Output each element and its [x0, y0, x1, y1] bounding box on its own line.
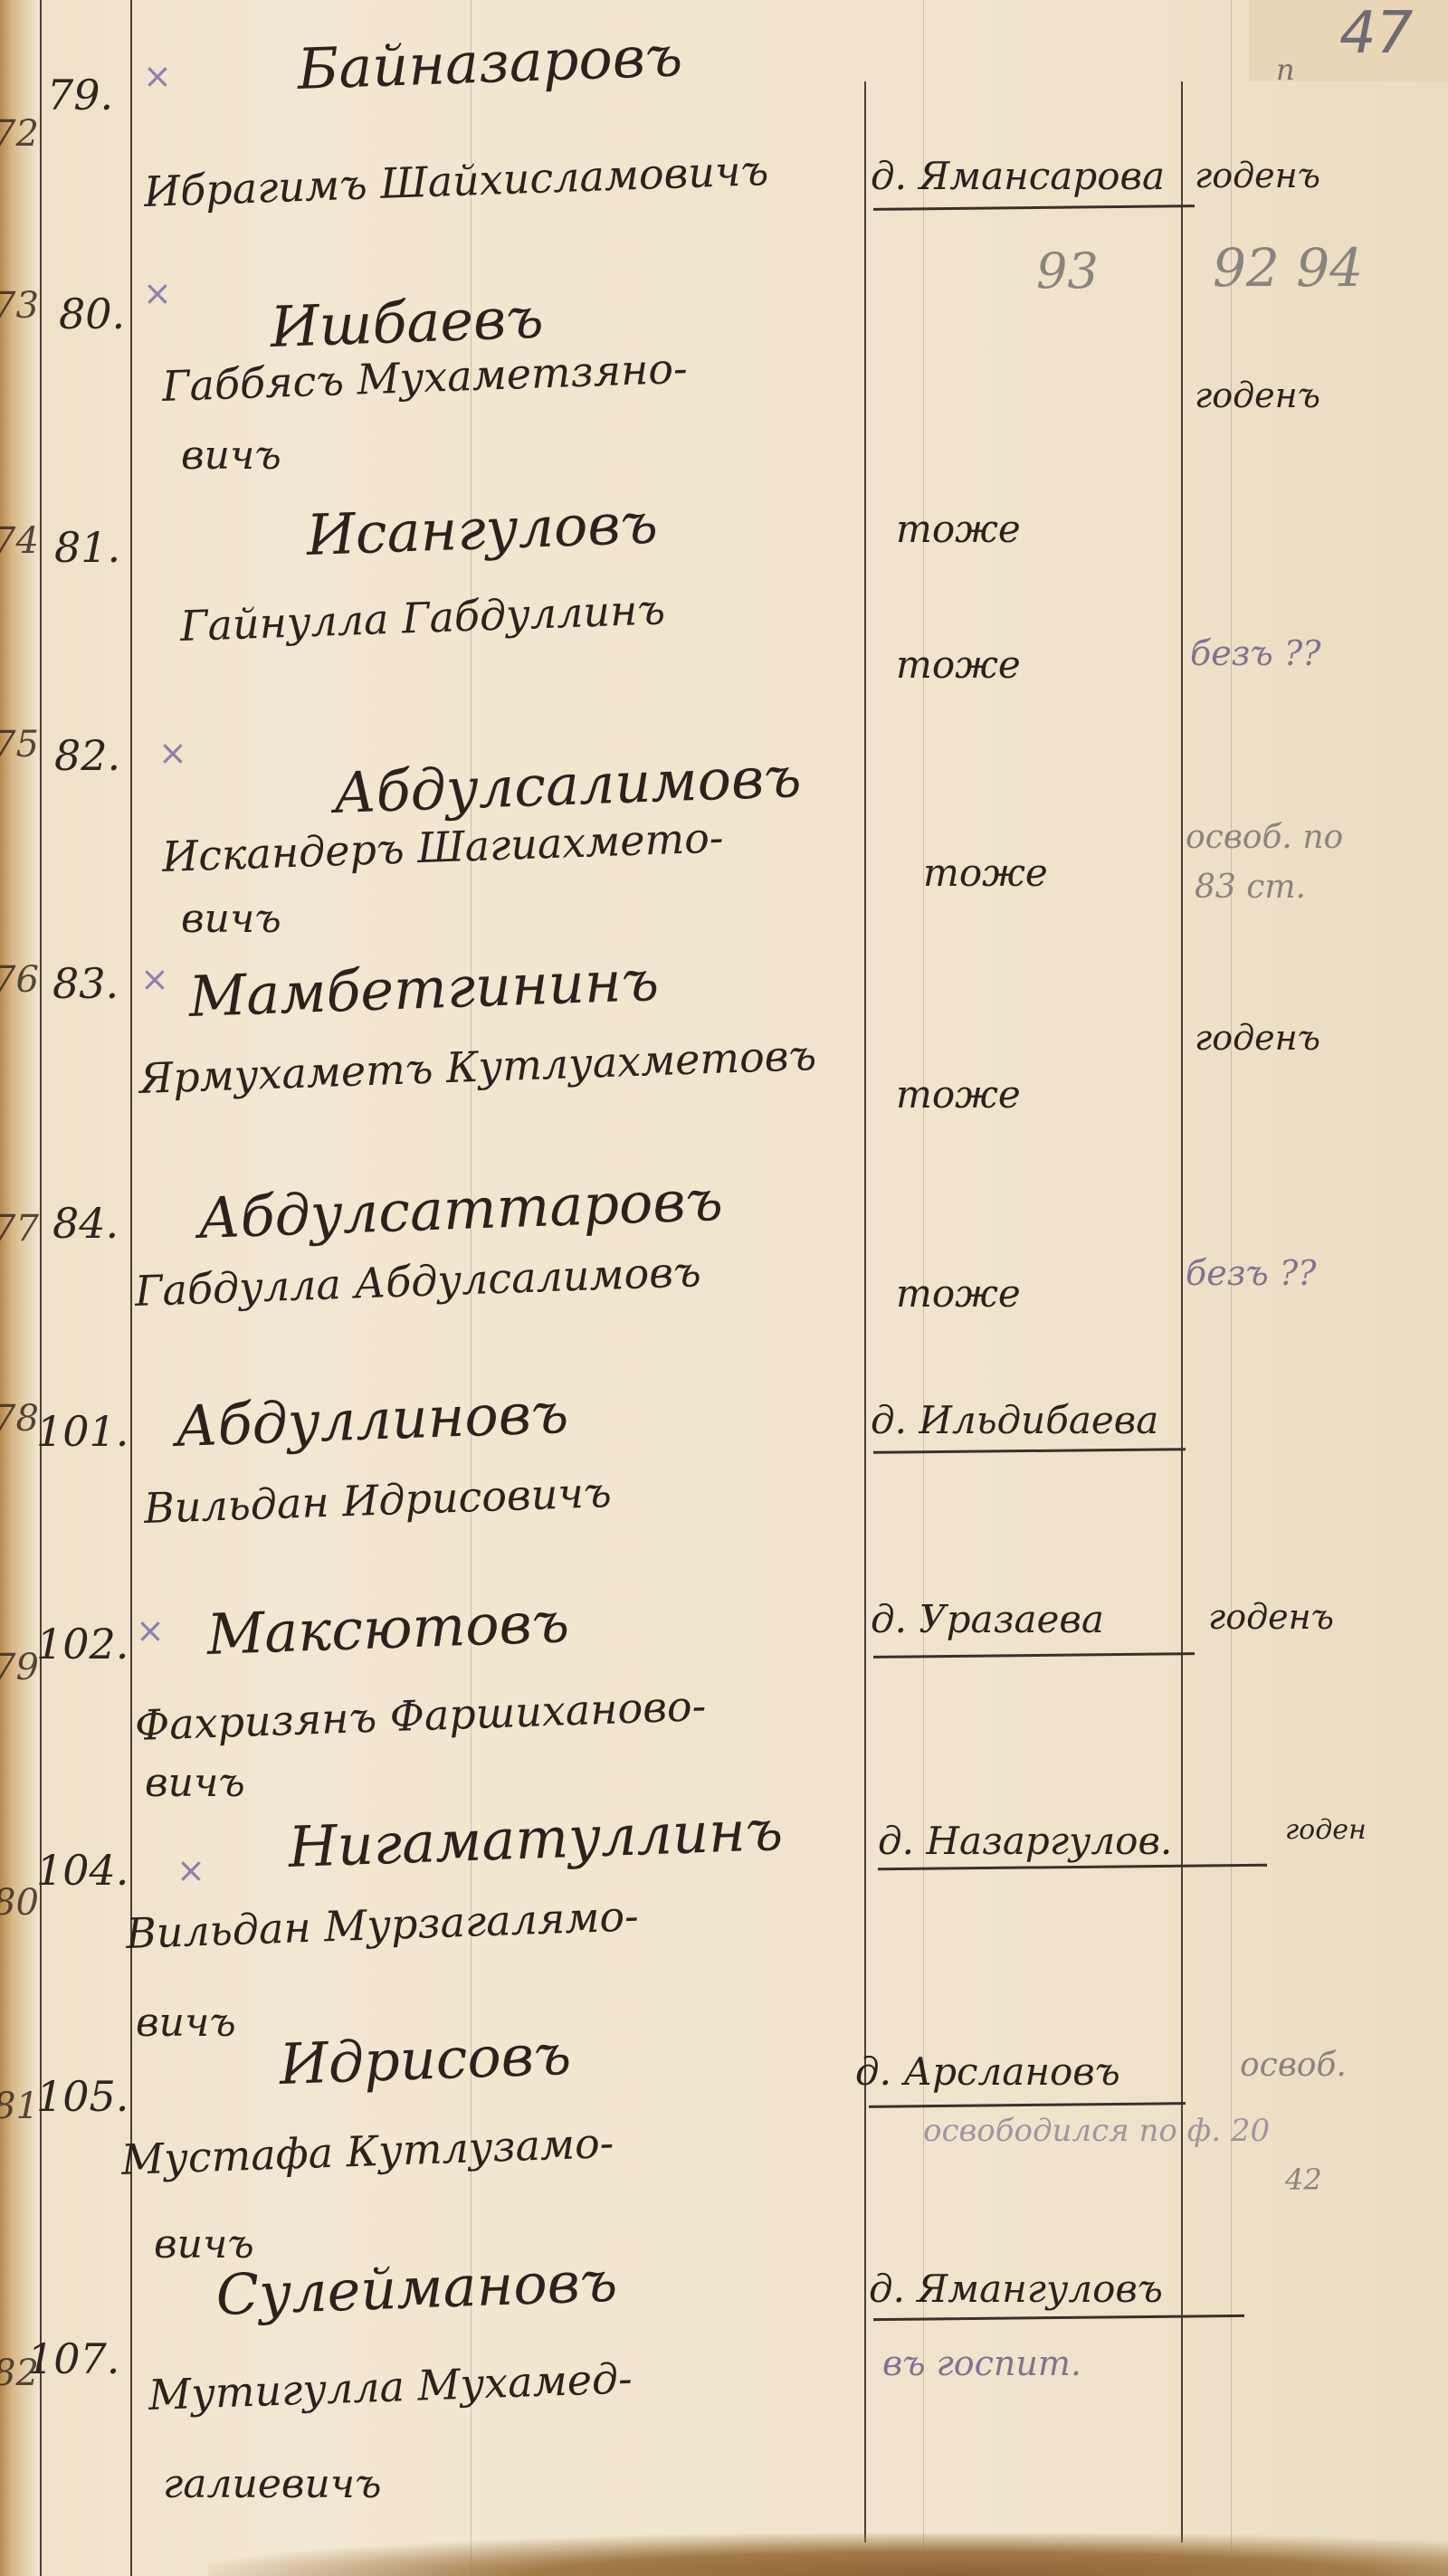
given-name-continued: вичъ	[145, 1760, 245, 1806]
village: д. Ильдибаева	[871, 1398, 1158, 1442]
pencil-note: 83 ст.	[1195, 869, 1306, 906]
check-mark-icon: ×	[176, 1850, 205, 1890]
surname: Абдулсаттаровъ	[196, 1167, 723, 1251]
given-name: Гайнулла Габдуллинъ	[179, 585, 666, 651]
margin-number: 81	[0, 2086, 39, 2127]
underline	[869, 2102, 1186, 2108]
margin-number: 73	[0, 285, 39, 327]
pencil-note: въ госпит.	[882, 2343, 1081, 2383]
given-name: Мустафа Кутлузамо-	[120, 2118, 614, 2184]
entry-number: 107.	[27, 2334, 119, 2383]
status: годенъ	[1195, 1018, 1320, 1058]
check-mark-icon: ×	[143, 273, 172, 313]
pencil-note: 92 94	[1213, 237, 1363, 299]
given-name: Искандеръ Шагиахмето-	[161, 813, 724, 881]
register-page: 47 п 72 73 74 75 76 77 78 79 80 81 82 79…	[0, 0, 1448, 2576]
column-rule-number	[130, 0, 132, 2576]
book-edge-shadow	[208, 2533, 1448, 2576]
surname: Максютовъ	[205, 1589, 570, 1668]
given-name-continued: галиевичъ	[163, 2461, 382, 2507]
margin-number: 72	[0, 113, 39, 155]
surname: Абдуллиновъ	[174, 1380, 569, 1459]
given-name: Вильдан Мурзагалямо-	[125, 1891, 639, 1958]
given-name-continued: вичъ	[181, 896, 281, 942]
page-number-prefix: п	[1276, 52, 1295, 87]
village: д. Ямангуловъ	[869, 2267, 1163, 2311]
given-name: Габдулла Абдулсалимовъ	[134, 1247, 701, 1316]
entry-number: 84.	[52, 1199, 119, 1248]
given-name: Фахризянъ Фаршиханово-	[134, 1681, 707, 1750]
village: д. Арслановъ	[855, 2049, 1120, 2094]
entry-number: 82.	[54, 731, 120, 780]
entry-number: 105.	[36, 2072, 129, 2121]
underline	[878, 1864, 1267, 1871]
margin-number: 76	[0, 959, 39, 1001]
margin-number: 74	[0, 520, 39, 562]
surname: Исангуловъ	[305, 490, 658, 568]
given-name-continued: вичъ	[181, 433, 281, 479]
pencil-note: освоб. по	[1186, 819, 1343, 856]
check-mark-icon: ×	[158, 733, 187, 773]
underline	[873, 1652, 1195, 1659]
village: тоже	[896, 1072, 1021, 1117]
pencil-note: освободился по ф. 20	[923, 2113, 1270, 2149]
entry-number: 79.	[47, 71, 113, 119]
underline	[873, 204, 1195, 211]
pencil-note: безъ ??	[1186, 1253, 1317, 1293]
check-mark-icon: ×	[136, 1611, 165, 1650]
given-name: Мутигулла Мухамед-	[148, 2353, 633, 2419]
surname: Идрисовъ	[278, 2021, 572, 2097]
column-rule-name	[864, 81, 866, 2543]
underline	[873, 2315, 1244, 2321]
village: д. Назаргулов.	[878, 1819, 1172, 1863]
village: тоже	[896, 1271, 1021, 1316]
village: тоже	[923, 851, 1048, 895]
surname: Мамбетгининъ	[187, 947, 660, 1030]
given-name-continued: вичъ	[136, 2000, 236, 2046]
page-number: 47	[1339, 0, 1413, 67]
column-rule-margin	[40, 0, 42, 2576]
entry-number: 80.	[59, 290, 125, 338]
given-name: Габбясъ Мухаметзяно-	[161, 344, 688, 411]
pencil-note: 42	[1285, 2163, 1322, 2197]
column-rule-village	[1181, 81, 1183, 2543]
surname: Байназаровъ	[296, 23, 683, 102]
check-mark-icon: ×	[140, 959, 169, 999]
entry-number: 104.	[36, 1846, 129, 1895]
given-name: Ярмухаметъ Кутлуахметовъ	[138, 1031, 817, 1103]
margin-number: 79	[0, 1647, 39, 1688]
pencil-note: безъ ??	[1190, 633, 1321, 673]
status: освоб.	[1240, 2047, 1347, 2084]
entry-number: 83.	[52, 959, 119, 1008]
margin-number: 77	[0, 1208, 39, 1250]
pencil-note: 93	[1036, 242, 1099, 299]
margin-number: 75	[0, 724, 39, 765]
surname: Нигаматуллинъ	[287, 1797, 784, 1880]
check-mark-icon: ×	[143, 56, 172, 96]
village: д. Уразаева	[871, 1597, 1104, 1641]
given-name: Вильдан Идрисовичъ	[143, 1468, 612, 1533]
status: годен	[1285, 1814, 1367, 1846]
margin-number: 78	[0, 1398, 39, 1440]
village: тоже	[896, 642, 1021, 687]
village-top: тоже	[896, 507, 1021, 551]
entry-number: 102.	[36, 1620, 129, 1668]
underline	[873, 1448, 1186, 1454]
given-name: Ибрагимъ Шайхисламовичъ	[143, 146, 769, 216]
surname: Абдулсалимовъ	[332, 744, 802, 826]
status: годенъ	[1208, 1597, 1334, 1637]
status: годенъ	[1195, 375, 1320, 415]
entry-number: 81.	[54, 523, 120, 572]
surname: Сулеймановъ	[214, 2248, 618, 2328]
margin-number: 80	[0, 1882, 39, 1924]
village: д. Ямансарова	[871, 154, 1165, 198]
entry-number: 101.	[36, 1407, 129, 1456]
status: годенъ	[1195, 156, 1320, 195]
surname: Ишбаевъ	[269, 285, 544, 360]
